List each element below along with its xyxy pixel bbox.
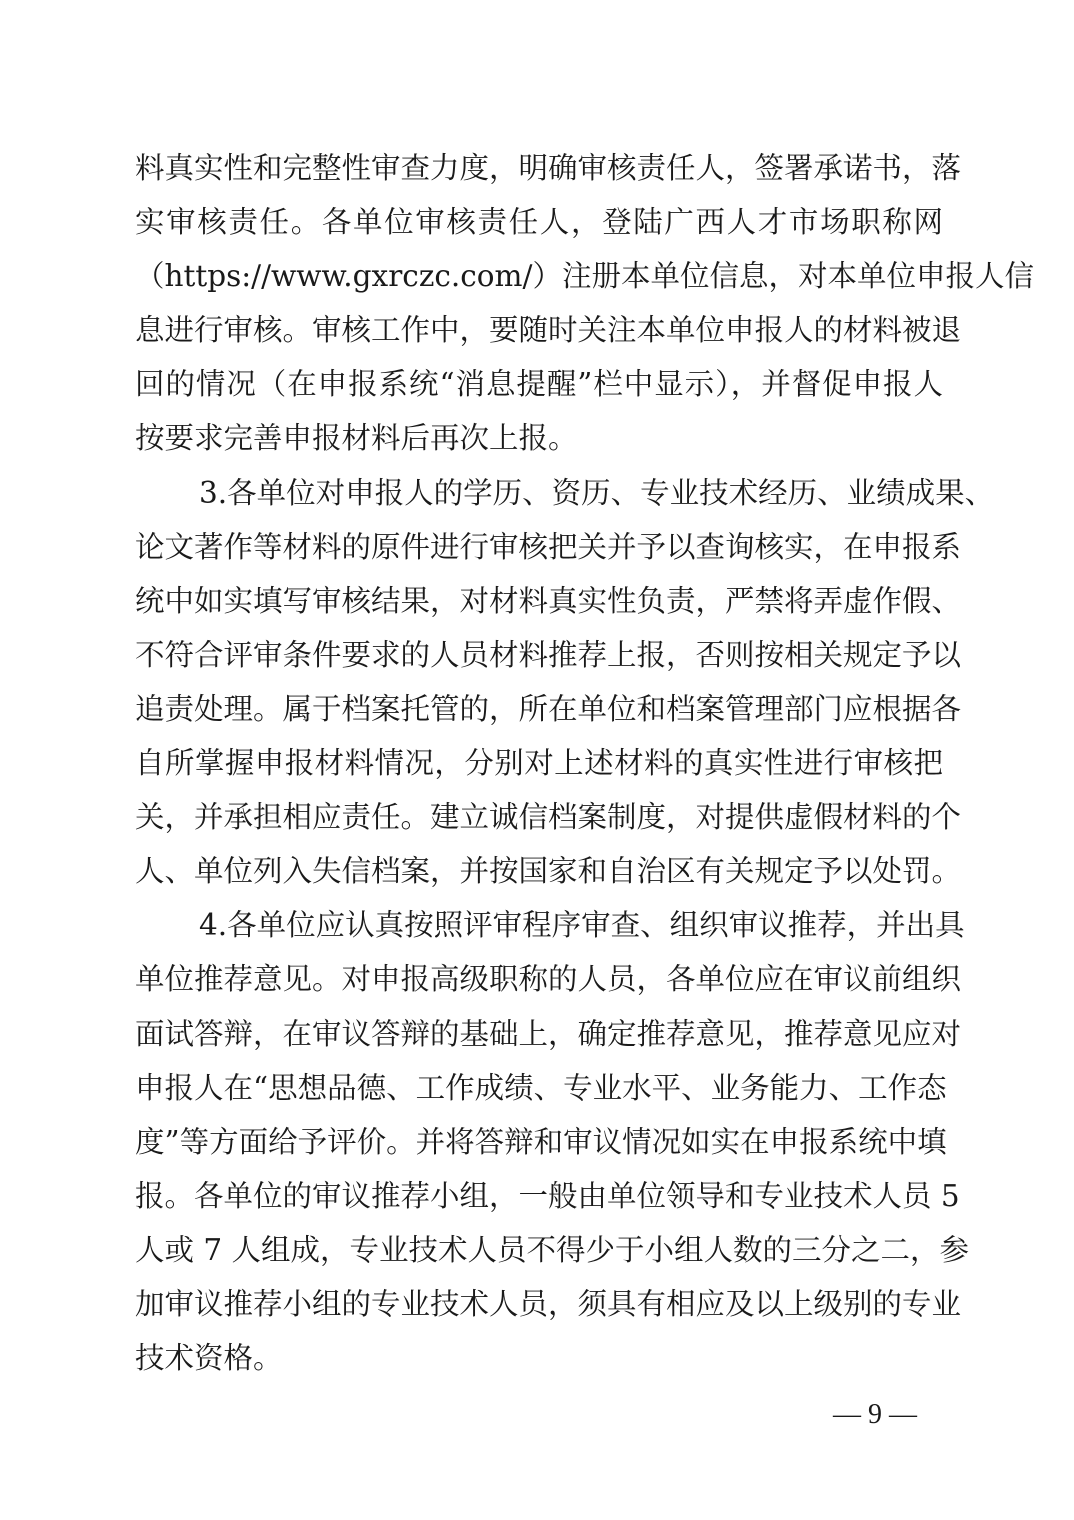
text-line: 报。各单位的审议推荐小组，一般由单位领导和专业技术人员 5	[135, 1173, 943, 1227]
text-line: 技术资格。	[135, 1335, 943, 1389]
text-line: 面试答辩，在审议答辩的基础上，确定推荐意见，推荐意见应对	[135, 1011, 943, 1065]
paragraph-4-start: 4.各单位应认真按照评审程序审查、组织审议推荐，并出具	[135, 902, 943, 956]
text-line: 追责处理。属于档案托管的，所在单位和档案管理部门应根据各	[135, 686, 943, 740]
text-line: 度”等方面给予评价。并将答辩和审议情况如实在申报系统中填	[135, 1119, 943, 1173]
text-line: 加审议推荐小组的专业技术人员，须具有相应及以上级别的专业	[135, 1281, 943, 1335]
text-line: 统中如实填写审核结果，对材料真实性负责，严禁将弄虚作假、	[135, 578, 943, 632]
text-line: 回的情况（在申报系统“消息提醒”栏中显示），并督促申报人	[135, 361, 943, 415]
text-line: 申报人在“思想品德、工作成绩、专业水平、业务能力、工作态	[135, 1065, 943, 1119]
text-line: （https://www.gxrczc.com/）注册本单位信息，对本单位申报人…	[135, 253, 943, 307]
text-line: 论文著作等材料的原件进行审核把关并予以查询核实，在申报系	[135, 524, 943, 578]
text-line: 按要求完善申报材料后再次上报。	[135, 415, 943, 469]
paragraph-3-start: 3.各单位对申报人的学历、资历、专业技术经历、业绩成果、	[135, 470, 943, 524]
document-page: 料真实性和完整性审查力度，明确审核责任人，签署承诺书，落 实审核责任。各单位审核…	[0, 0, 1074, 1520]
body-text: 料真实性和完整性审查力度，明确审核责任人，签署承诺书，落 实审核责任。各单位审核…	[135, 145, 943, 1389]
text-line: 人、单位列入失信档案，并按国家和自治区有关规定予以处罚。	[135, 848, 943, 902]
text-line: 息进行审核。审核工作中，要随时关注本单位申报人的材料被退	[135, 307, 943, 361]
text-line: 单位推荐意见。对申报高级职称的人员，各单位应在审议前组织	[135, 956, 943, 1010]
text-line: 实审核责任。各单位审核责任人，登陆广西人才市场职称网	[135, 199, 943, 253]
text-line: 人或 7 人组成，专业技术人员不得少于小组人数的三分之二，参	[135, 1227, 943, 1281]
page-number: — 9 —	[820, 1398, 930, 1432]
text-line: 不符合评审条件要求的人员材料推荐上报，否则按相关规定予以	[135, 632, 943, 686]
text-line: 料真实性和完整性审查力度，明确审核责任人，签署承诺书，落	[135, 145, 943, 199]
text-line: 关，并承担相应责任。建立诚信档案制度，对提供虚假材料的个	[135, 794, 943, 848]
text-line: 自所掌握申报材料情况，分别对上述材料的真实性进行审核把	[135, 740, 943, 794]
